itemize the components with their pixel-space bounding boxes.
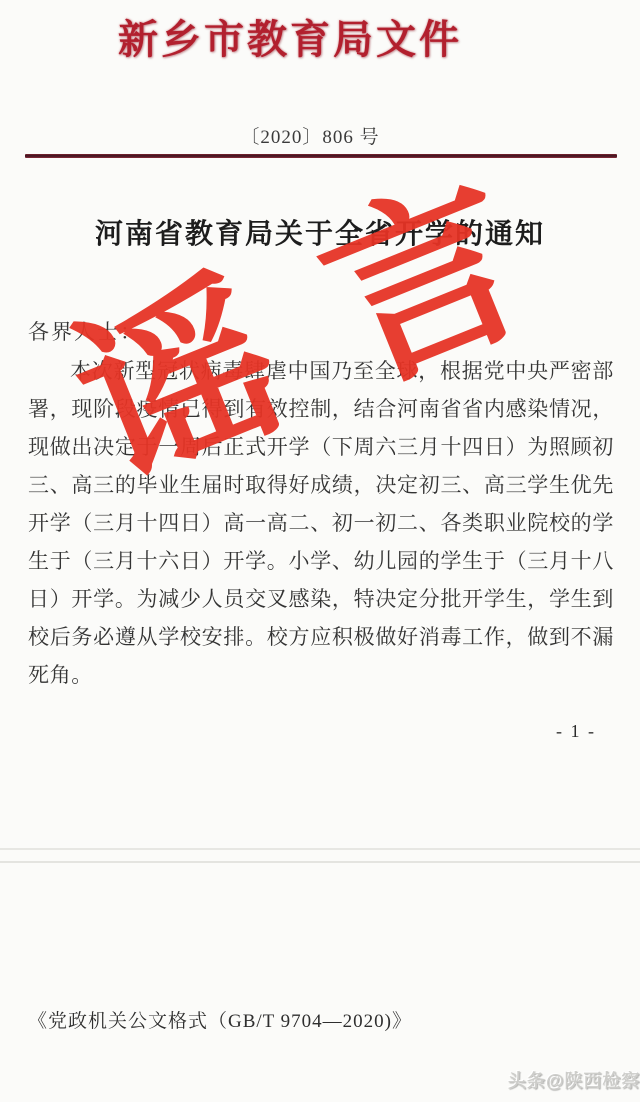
notice-title: 河南省教育局关于全省开学的通知	[0, 212, 640, 252]
document-page: 新乡市教育局文件 〔2020〕806 号 河南省教育局关于全省开学的通知 各界人…	[0, 0, 640, 1102]
page-break-line-top	[0, 848, 640, 850]
salutation: 各界人士：	[28, 316, 143, 346]
masthead-divider-rule	[25, 154, 617, 158]
platform-credit-watermark: 头条@陕西检察	[508, 1067, 640, 1093]
notice-body-paragraph: 本次新型冠状病毒肆虐中国乃至全球，根据党中央严密部署，现阶段疫情已得到有效控制，…	[28, 352, 614, 694]
format-standard-citation: 《党政机关公文格式（GB/T 9704—2020)》	[28, 1006, 412, 1033]
page-number: - 1 -	[556, 721, 596, 742]
agency-masthead-title: 新乡市教育局文件	[0, 8, 580, 65]
page-break-line-bottom	[0, 861, 640, 863]
document-number: 〔2020〕806 号	[0, 122, 620, 149]
